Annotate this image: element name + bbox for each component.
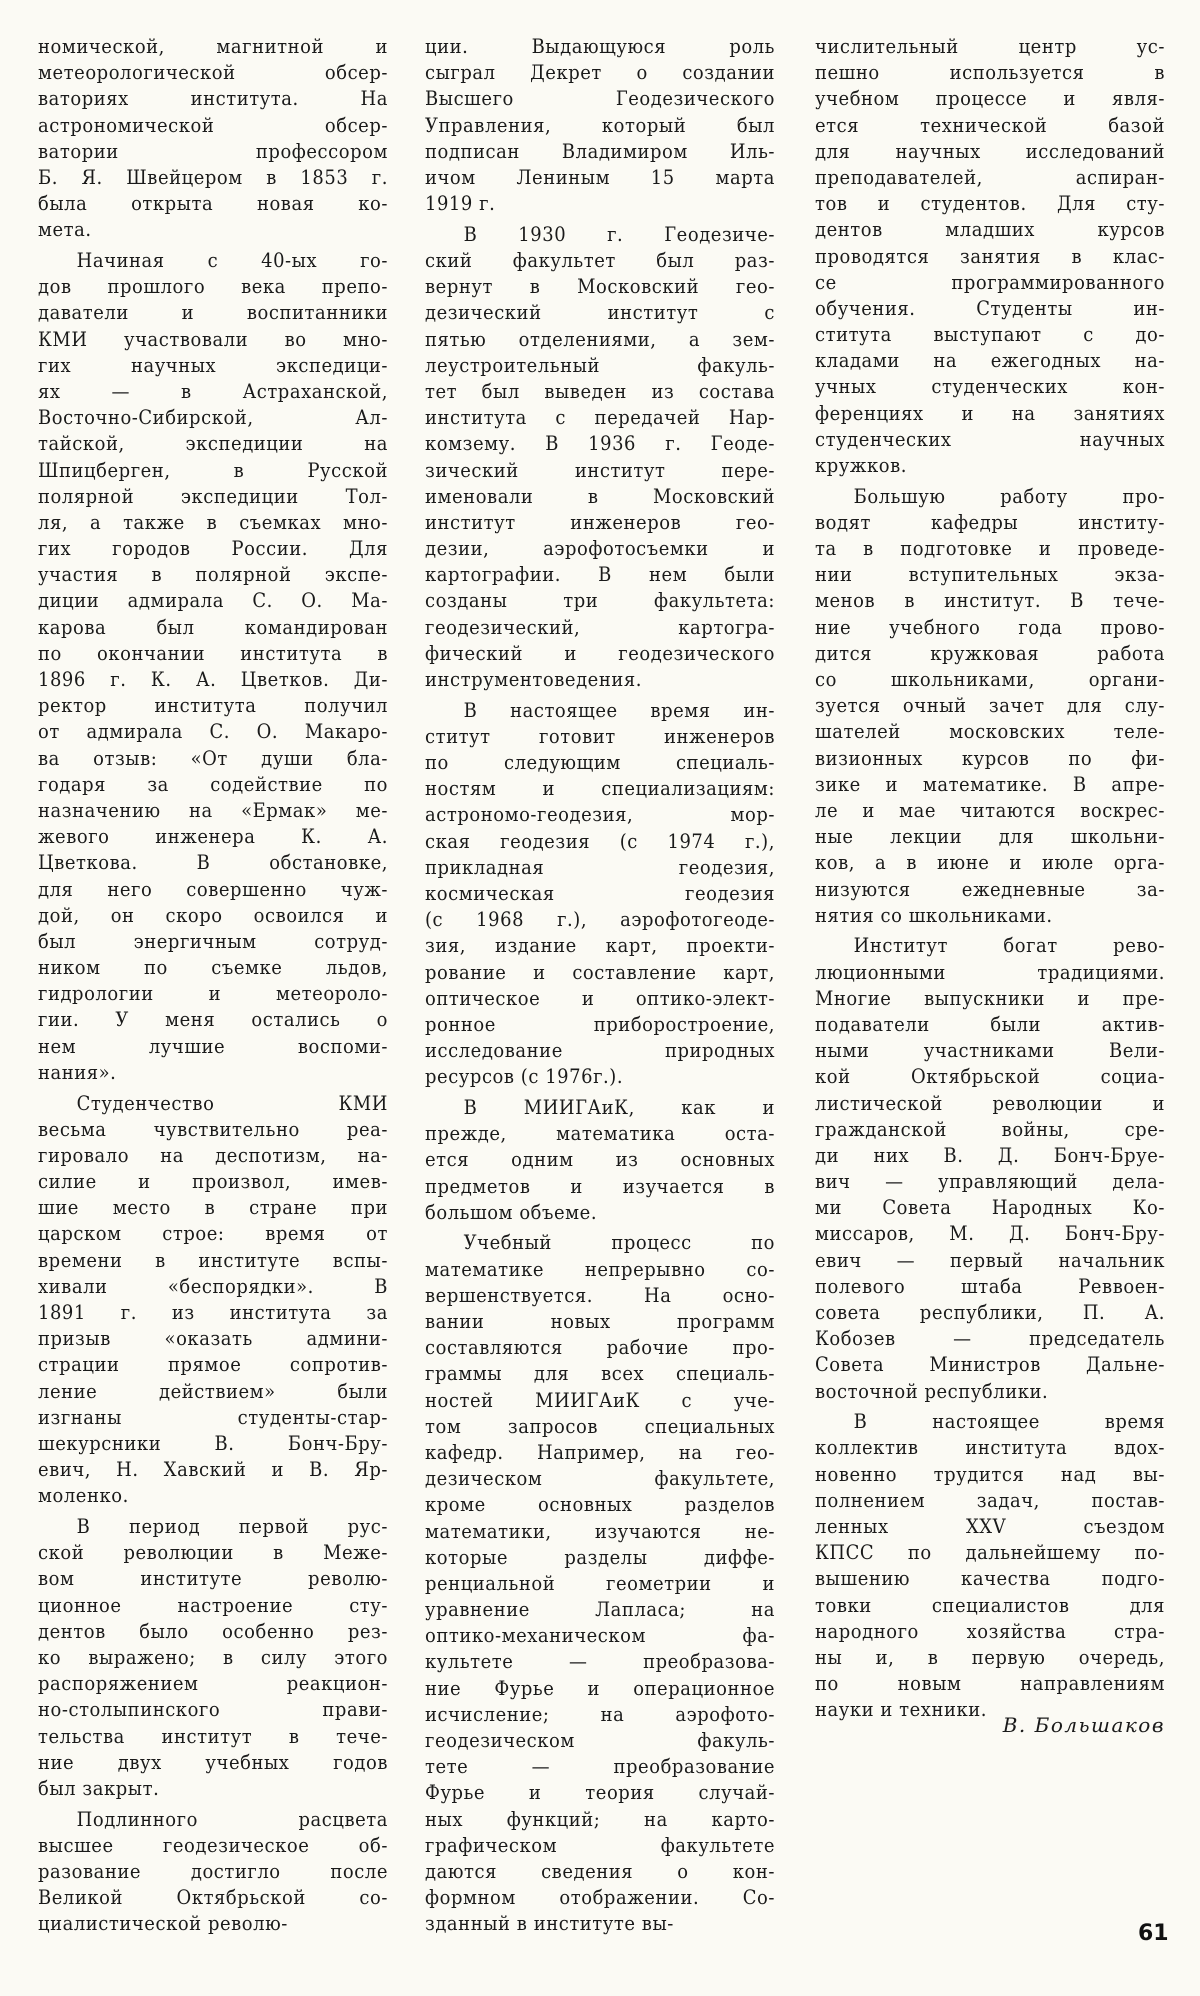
text-line: ваториях института. На [38, 86, 388, 112]
text-line: нятия со школьниками. [815, 903, 1165, 929]
text-line: ди них В. Д. Бонч-Бруе- [815, 1143, 1165, 1169]
text-line: КМИ участвовали во мно- [38, 327, 388, 353]
paragraph: ции. Выдающуюся рольсыграл Декрет о созд… [425, 34, 775, 217]
text-line: ется одним из основных [425, 1147, 775, 1173]
text-line: В настоящее время ин- [425, 698, 775, 724]
text-line: именовали в Московский [425, 484, 775, 510]
text-line: дентов было особенно рез- [38, 1619, 388, 1645]
text-line: вернут в Московский гео- [425, 274, 775, 300]
text-line: ником по съемке льдов, [38, 955, 388, 981]
text-line: прикладная геодезия, [425, 855, 775, 881]
text-line: циалистической револю- [38, 1911, 388, 1937]
text-line: Б. Я. Швейцером в 1853 г. [38, 165, 388, 191]
text-line: для него совершенно чуж- [38, 877, 388, 903]
text-line: ва отзыв: «От души бла- [38, 746, 388, 772]
text-line: геодезическом факуль- [425, 1728, 775, 1754]
text-line: ными участниками Вели- [815, 1038, 1165, 1064]
author-signature: В. Большаков [985, 1713, 1165, 1737]
text-line: от адмирала С. О. Макаро- [38, 719, 388, 745]
text-line: ные лекции для школьни- [815, 824, 1165, 850]
text-line: предметов и изучается в [425, 1174, 775, 1200]
article-column-2: ции. Выдающуюся рольсыграл Декрет о созд… [425, 34, 775, 1942]
text-line: для научных исследований [815, 139, 1165, 165]
text-line: пятью отделениями, а зем- [425, 327, 775, 353]
text-line: гих городов России. Для [38, 536, 388, 562]
text-line: хивали «беспорядки». В [38, 1274, 388, 1300]
text-line: народного хозяйства стра- [815, 1619, 1165, 1645]
text-line: гражданской войны, сре- [815, 1117, 1165, 1143]
text-line: участия в полярной экспе- [38, 562, 388, 588]
text-line: Высшего Геодезического [425, 86, 775, 112]
text-line: ление действием» были [38, 1379, 388, 1405]
text-line: кладами на ежегодных на- [815, 348, 1165, 374]
text-line: обучения. Студенты ин- [815, 296, 1165, 322]
text-line: менов в институт. В тече- [815, 588, 1165, 614]
text-line: силие и произвол, имев- [38, 1169, 388, 1195]
text-line: дов прошлого века препо- [38, 274, 388, 300]
text-line: дой, он скоро освоился и [38, 903, 388, 929]
text-line: полярной экспедиции Тол- [38, 484, 388, 510]
paragraph: Студенчество КМИвесьма чувствительно реа… [38, 1091, 388, 1510]
text-line: визионных курсов по фи- [815, 746, 1165, 772]
text-line: тайской, экспедиции на [38, 431, 388, 457]
text-line: тельства институт в тече- [38, 1724, 388, 1750]
text-line: ко выражено; в силу этого [38, 1645, 388, 1671]
text-line: уравнение Лапласа; на [425, 1597, 775, 1623]
text-line: ичом Лениным 15 марта [425, 165, 775, 191]
text-line: В период первой рус- [38, 1514, 388, 1540]
article-column-1: номической, магнитной иметеорологической… [38, 34, 388, 1942]
text-line: назначению на «Ермак» ме- [38, 798, 388, 824]
text-line: даватели и воспитанники [38, 300, 388, 326]
article-column-3: числительный центр ус-пешно используется… [815, 34, 1165, 1728]
text-line: вании новых программ [425, 1309, 775, 1335]
text-line: шие место в стране при [38, 1195, 388, 1221]
text-line: ленных XXV съездом [815, 1514, 1165, 1540]
text-line: подписан Владимиром Иль- [425, 139, 775, 165]
text-line: та в подготовке и проведе- [815, 536, 1165, 562]
text-line: кой Октябрьской социа- [815, 1064, 1165, 1090]
text-line: даются сведения о кон- [425, 1859, 775, 1885]
text-line: по новым направлениям [815, 1671, 1165, 1697]
text-line: ние Фурье и операционное [425, 1676, 775, 1702]
text-line: царском строе: время от [38, 1221, 388, 1247]
text-line: института с передачей Нар- [425, 405, 775, 431]
text-line: ватории профессором [38, 139, 388, 165]
text-line: Великой Октябрьской со- [38, 1885, 388, 1911]
text-line: гировало на деспотизм, на- [38, 1143, 388, 1169]
text-line: кафедр. Например, на гео- [425, 1440, 775, 1466]
text-line: В настоящее время [815, 1409, 1165, 1435]
text-line: астрономо-геодезия, мор- [425, 802, 775, 828]
text-line: люционными традициями. [815, 960, 1165, 986]
text-line: метеорологической обсер- [38, 60, 388, 86]
text-line: моленко. [38, 1483, 388, 1509]
text-line: кроме основных разделов [425, 1492, 775, 1518]
text-line: гидрологии и метеороло- [38, 981, 388, 1007]
text-line: со школьниками, органи- [815, 667, 1165, 693]
text-line: учных студенческих кон- [815, 374, 1165, 400]
text-line: комзему. В 1936 г. Геоде- [425, 431, 775, 457]
text-line: евич — первый начальник [815, 1248, 1165, 1274]
text-line: евич, Н. Хавский и В. Яр- [38, 1457, 388, 1483]
text-line: ронное приборостроение, [425, 1012, 775, 1038]
paragraph: Большую работу про-водят кафедры институ… [815, 484, 1165, 929]
text-line: Совета Министров Дальне- [815, 1352, 1165, 1378]
text-line: жевого инженера К. А. [38, 824, 388, 850]
text-line: дезический институт с [425, 300, 775, 326]
text-line: исчисление; на аэрофото- [425, 1702, 775, 1728]
text-line: ных функций; на карто- [425, 1807, 775, 1833]
text-line: (с 1968 г.), аэрофотогеоде- [425, 907, 775, 933]
text-line: низуются ежедневные за- [815, 877, 1165, 903]
text-line: вом институте револю- [38, 1566, 388, 1592]
text-line: картографии. В нем были [425, 562, 775, 588]
text-line: водят кафедры институ- [815, 510, 1165, 536]
text-line: карова был командирован [38, 615, 388, 641]
text-line: дезии, аэрофотосъемки и [425, 536, 775, 562]
text-line: графическом факультете [425, 1833, 775, 1859]
text-line: ние двух учебных годов [38, 1750, 388, 1776]
text-line: прежде, математика оста- [425, 1121, 775, 1147]
text-line: был энергичным сотруд- [38, 929, 388, 955]
text-line: инструментоведения. [425, 667, 775, 693]
text-line: проводятся занятия в клас- [815, 244, 1165, 270]
text-line: гии. У меня остались о [38, 1007, 388, 1033]
text-line: зике и математике. В апре- [815, 772, 1165, 798]
text-line: дентов младших курсов [815, 217, 1165, 243]
text-line: зуется очный зачет для слу- [815, 693, 1165, 719]
text-line: леустроительный факуль- [425, 353, 775, 379]
text-line: товки специалистов для [815, 1593, 1165, 1619]
text-line: числительный центр ус- [815, 34, 1165, 60]
text-line: Учебный процесс по [425, 1230, 775, 1256]
text-line: космическая геодезия [425, 881, 775, 907]
text-line: зический институт пере- [425, 458, 775, 484]
text-line: ской революции в Меже- [38, 1540, 388, 1566]
text-line: Фурье и теория случай- [425, 1780, 775, 1806]
text-line: ние учебного года прово- [815, 615, 1165, 641]
text-line: совета республики, П. А. [815, 1300, 1165, 1326]
paragraph: В период первой рус-ской революции в Меж… [38, 1514, 388, 1802]
text-line: номической, магнитной и [38, 34, 388, 60]
page-number: 61 [1138, 1921, 1169, 1946]
text-line: призыв «оказать админи- [38, 1326, 388, 1352]
text-line: Студенчество КМИ [38, 1091, 388, 1117]
text-line: распоряжением реакцион- [38, 1671, 388, 1697]
text-line: по следующим специаль- [425, 750, 775, 776]
text-line: ции. Выдающуюся роль [425, 34, 775, 60]
text-line: нем лучшие воспоми- [38, 1034, 388, 1060]
text-line: оптико-механическом фа- [425, 1623, 775, 1649]
paragraph: В МИИГАиК, как ипрежде, математика оста-… [425, 1095, 775, 1226]
text-line: граммы для всех специаль- [425, 1361, 775, 1387]
text-line: ционное настроение сту- [38, 1593, 388, 1619]
text-line: ется технической базой [815, 113, 1165, 139]
text-line: нии вступительных экза- [815, 562, 1165, 588]
text-line: составляются рабочие про- [425, 1335, 775, 1361]
text-line: но-столыпинского прави- [38, 1697, 388, 1723]
text-line: гих научных экспедици- [38, 353, 388, 379]
text-line: Кобозев — председатель [815, 1326, 1165, 1352]
text-line: КПСС по дальнейшему по- [815, 1540, 1165, 1566]
text-line: которые разделы диффе- [425, 1545, 775, 1571]
text-line: 1896 г. К. А. Цветков. Ди- [38, 667, 388, 693]
text-line: ференциях и на занятиях [815, 401, 1165, 427]
text-line: астрономической обсер- [38, 113, 388, 139]
text-line: институт инженеров гео- [425, 510, 775, 536]
text-line: была открыта новая ко- [38, 191, 388, 217]
text-line: исследование природных [425, 1038, 775, 1064]
text-line: коллектив института вдох- [815, 1435, 1165, 1461]
text-line: ский факультет был раз- [425, 248, 775, 274]
text-line: формном отображении. Со- [425, 1885, 775, 1911]
text-line: изгнаны студенты-стар- [38, 1405, 388, 1431]
text-line: времени в институте вспы- [38, 1248, 388, 1274]
text-line: был закрыт. [38, 1776, 388, 1802]
text-line: ля, а также в съемках мно- [38, 510, 388, 536]
text-line: восточной республики. [815, 1379, 1165, 1405]
text-line: тете — преобразование [425, 1754, 775, 1780]
text-line: сыграл Декрет о создании [425, 60, 775, 86]
text-line: се программированного [815, 270, 1165, 296]
text-line: диции адмирала С. О. Ма- [38, 588, 388, 614]
text-line: геодезический, картогра- [425, 615, 775, 641]
text-line: вышению качества подго- [815, 1566, 1165, 1592]
text-line: Начиная с 40-ых го- [38, 248, 388, 274]
text-line: дезическом факультете, [425, 1466, 775, 1492]
text-line: высшее геодезическое об- [38, 1833, 388, 1859]
text-line: по окончании института в [38, 641, 388, 667]
text-line: ков, а в июне и июле орга- [815, 850, 1165, 876]
text-line: созданы три факультета: [425, 588, 775, 614]
text-line: преподавателей, аспиран- [815, 165, 1165, 191]
text-line: страции прямое сопротив- [38, 1352, 388, 1378]
text-line: зданный в институте вы- [425, 1911, 775, 1937]
text-line: В 1930 г. Геодезиче- [425, 222, 775, 248]
paragraph: В 1930 г. Геодезиче-ский факультет был р… [425, 222, 775, 693]
text-line: ностям и специализациям: [425, 776, 775, 802]
paragraph: Начиная с 40-ых го-дов прошлого века пре… [38, 248, 388, 1086]
text-line: культете — преобразова- [425, 1649, 775, 1675]
text-line: математики, изучаются не- [425, 1519, 775, 1545]
paragraph: числительный центр ус-пешно используется… [815, 34, 1165, 479]
text-line: Шпицберген, в Русской [38, 458, 388, 484]
text-line: шекурсники В. Бонч-Бру- [38, 1431, 388, 1457]
text-line: миссаров, М. Д. Бонч-Бру- [815, 1221, 1165, 1247]
text-line: Институт богат рево- [815, 933, 1165, 959]
text-line: фический и геодезического [425, 641, 775, 667]
text-line: полнением задач, постав- [815, 1488, 1165, 1514]
text-line: Подлинного расцвета [38, 1807, 388, 1833]
text-line: годаря за содействие по [38, 772, 388, 798]
text-line: ми Совета Народных Ко- [815, 1195, 1165, 1221]
text-line: 1891 г. из института за [38, 1300, 388, 1326]
text-line: подаватели были актив- [815, 1012, 1165, 1038]
text-line: Многие выпускники и пре- [815, 986, 1165, 1012]
text-line: большом объеме. [425, 1200, 775, 1226]
text-line: учебном процессе и явля- [815, 86, 1165, 112]
text-line: нания». [38, 1060, 388, 1086]
text-line: кружков. [815, 453, 1165, 479]
text-line: вич — управляющий дела- [815, 1169, 1165, 1195]
text-line: дится кружковая работа [815, 641, 1165, 667]
text-line: весьма чувствительно реа- [38, 1117, 388, 1143]
paragraph: номической, магнитной иметеорологической… [38, 34, 388, 244]
text-line: математике непрерывно со- [425, 1257, 775, 1283]
paragraph: Учебный процесс поматематике непрерывно … [425, 1230, 775, 1937]
text-line: Восточно-Сибирской, Ал- [38, 405, 388, 431]
paragraph: Институт богат рево-люционными традициям… [815, 933, 1165, 1404]
text-line: разование достигло после [38, 1859, 388, 1885]
text-line: мета. [38, 217, 388, 243]
text-line: том запросов специальных [425, 1414, 775, 1440]
text-line: рование и составление карт, [425, 960, 775, 986]
text-line: листической революции и [815, 1091, 1165, 1117]
text-line: Управления, который был [425, 113, 775, 139]
text-line: оптическое и оптико-элект- [425, 986, 775, 1012]
text-line: ренциальной геометрии и [425, 1571, 775, 1597]
text-line: ститут готовит инженеров [425, 724, 775, 750]
text-line: зия, издание карт, проекти- [425, 933, 775, 959]
text-line: ская геодезия (с 1974 г.), [425, 829, 775, 855]
text-line: 1919 г. [425, 191, 775, 217]
text-line: пешно используется в [815, 60, 1165, 86]
text-line: шателей московских теле- [815, 719, 1165, 745]
text-line: ностей МИИГАиК с уче- [425, 1388, 775, 1414]
text-line: новенно трудится над вы- [815, 1462, 1165, 1488]
text-line: В МИИГАиК, как и [425, 1095, 775, 1121]
text-line: тов и студентов. Для сту- [815, 191, 1165, 217]
paragraph: Подлинного расцветавысшее геодезическое … [38, 1807, 388, 1938]
text-line: студенческих научных [815, 427, 1165, 453]
text-line: ресурсов (с 1976г.). [425, 1064, 775, 1090]
text-line: ле и мае читаются воскрес- [815, 798, 1165, 824]
text-line: ях — в Астраханской, [38, 379, 388, 405]
text-line: тет был выведен из состава [425, 379, 775, 405]
text-line: Цветкова. В обстановке, [38, 850, 388, 876]
text-line: ститута выступают с до- [815, 322, 1165, 348]
text-line: вершенствуется. На осно- [425, 1283, 775, 1309]
paragraph: В настоящее времяколлектив института вдо… [815, 1409, 1165, 1723]
text-line: Большую работу про- [815, 484, 1165, 510]
text-line: ны и, в первую очередь, [815, 1645, 1165, 1671]
paragraph: В настоящее время ин-ститут готовит инже… [425, 698, 775, 1091]
text-line: ректор института получил [38, 693, 388, 719]
text-line: полевого штаба Реввоен- [815, 1274, 1165, 1300]
